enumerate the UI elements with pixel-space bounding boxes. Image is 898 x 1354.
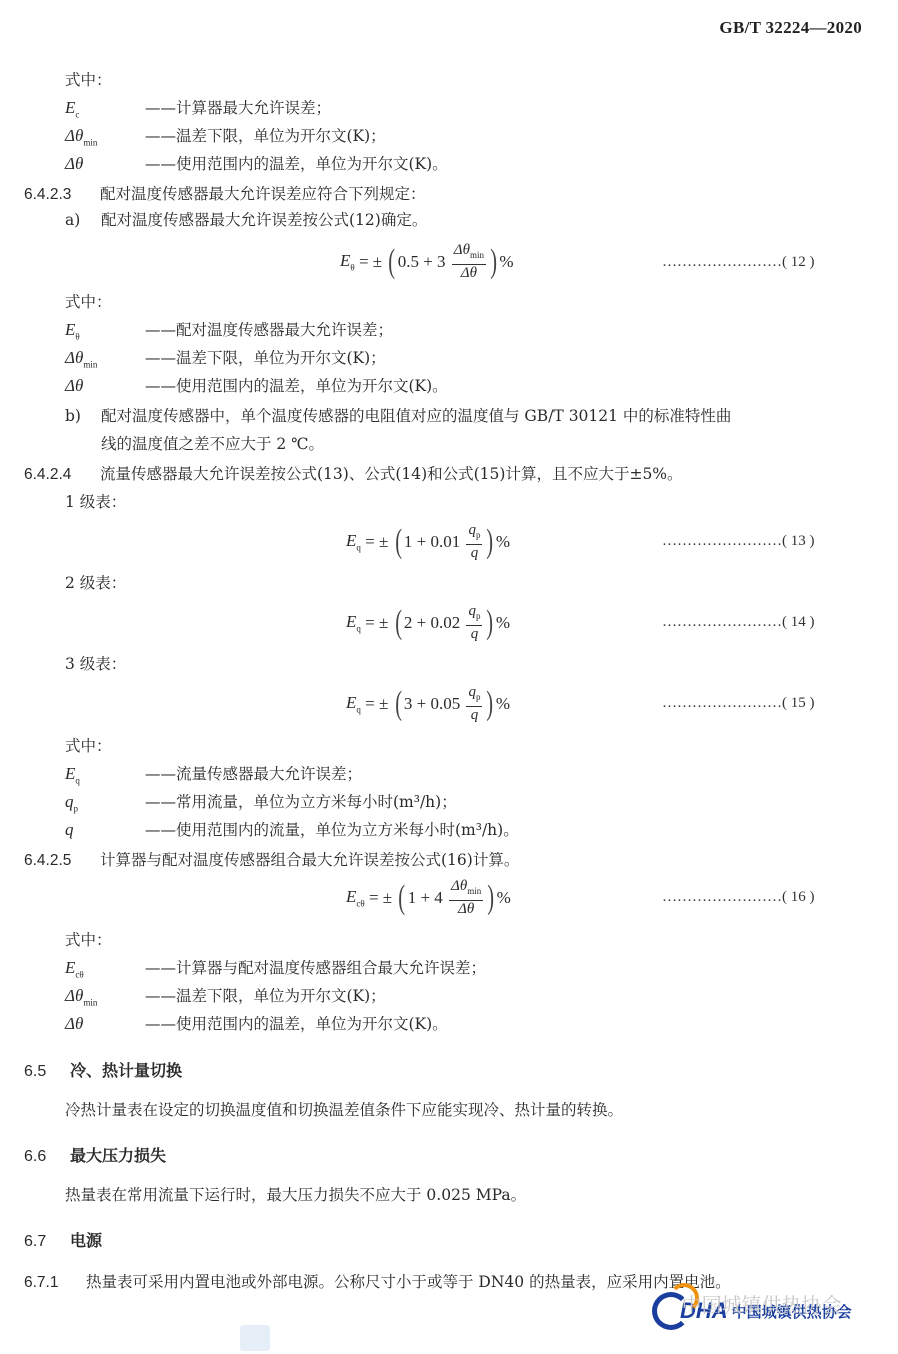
section-6-7-heading: 6.7电源 — [24, 1228, 102, 1251]
def-row: Δθmin——温差下限，单位为开尔文(K)； — [65, 126, 386, 152]
def-row: Eθ——配对温度传感器最大允许误差； — [65, 320, 393, 346]
faint-watermark-icon — [240, 1325, 270, 1351]
cdha-watermark-logo: DHA 中国城镇供热协会中国城镇供热协会 — [652, 1292, 852, 1330]
equation-number-13: ……………………( 13 ) — [662, 533, 815, 550]
class-2-label: 2 级表： — [65, 573, 126, 593]
formula-15: Eq = ± (3 + 0.05 qpq )% — [346, 684, 510, 724]
where-label: 式中： — [65, 736, 112, 756]
where-label: 式中： — [65, 70, 112, 90]
def-row: Δθ——使用范围内的温差，单位为开尔文(K)。 — [65, 1014, 448, 1034]
section-6-5-body: 冷热计量表在设定的切换温度值和切换温差值条件下应能实现冷、热计量的转换。 — [65, 1100, 623, 1120]
formula-12: Eθ = ± (0.5 + 3 ΔθminΔθ )% — [340, 242, 513, 282]
equation-number-14: ……………………( 14 ) — [662, 614, 815, 631]
class-1-label: 1 级表： — [65, 492, 126, 512]
formula-13: Eq = ± (1 + 0.01 qpq )% — [346, 522, 510, 562]
def-row: qp——常用流量，单位为立方米每小时(m³/h)； — [65, 792, 457, 818]
equation-number-16: ……………………( 16 ) — [662, 889, 815, 906]
def-row: Δθ——使用范围内的温差，单位为开尔文(K)。 — [65, 154, 448, 174]
def-row: Δθmin——温差下限，单位为开尔文(K)； — [65, 986, 386, 1012]
clause-6-4-2-4: 6.4.2.4流量传感器最大允许误差按公式(13)、公式(14)和公式(15)计… — [24, 462, 683, 484]
equation-number-12: ……………………( 12 ) — [662, 254, 815, 271]
item-a: a)配对温度传感器最大允许误差按公式(12)确定。 — [65, 210, 427, 230]
def-row: Ecθ——计算器与配对温度传感器组合最大允许误差； — [65, 958, 486, 984]
equation-number-15: ……………………( 15 ) — [662, 695, 815, 712]
where-label: 式中： — [65, 292, 112, 312]
def-row: Δθmin——温差下限，单位为开尔文(K)； — [65, 348, 386, 374]
item-b-cont: 线的温度值之差不应大于 2 ℃。 — [101, 434, 324, 454]
section-6-5-heading: 6.5冷、热计量切换 — [24, 1058, 182, 1081]
standard-number: GB/T 32224—2020 — [719, 18, 862, 38]
section-6-6-body: 热量表在常用流量下运行时，最大压力损失不应大于 0.025 MPa。 — [65, 1185, 526, 1205]
formula-14: Eq = ± (2 + 0.02 qpq )% — [346, 603, 510, 643]
formula-16: Ecθ = ± (1 + 4 ΔθminΔθ )% — [346, 878, 511, 918]
where-label: 式中： — [65, 930, 112, 950]
class-3-label: 3 级表： — [65, 654, 126, 674]
section-6-6-heading: 6.6最大压力损失 — [24, 1143, 166, 1166]
clause-6-4-2-5: 6.4.2.5计算器与配对温度传感器组合最大允许误差按公式(16)计算。 — [24, 848, 519, 870]
clause-6-7-1: 6.7.1热量表可采用内置电池或外部电源。公称尺寸小于或等于 DN40 的热量表… — [24, 1270, 731, 1292]
def-row: q——使用范围内的流量，单位为立方米每小时(m³/h)。 — [65, 820, 519, 840]
def-row: Ec——计算器最大允许误差； — [65, 98, 331, 124]
def-row: Eq——流量传感器最大允许误差； — [65, 764, 362, 790]
clause-6-4-2-3: 6.4.2.3配对温度传感器最大允许误差应符合下列规定： — [24, 182, 426, 204]
item-b: b)配对温度传感器中，单个温度传感器的电阻值对应的温度值与 GB/T 30121… — [65, 406, 731, 426]
def-row: Δθ——使用范围内的温差，单位为开尔文(K)。 — [65, 376, 448, 396]
